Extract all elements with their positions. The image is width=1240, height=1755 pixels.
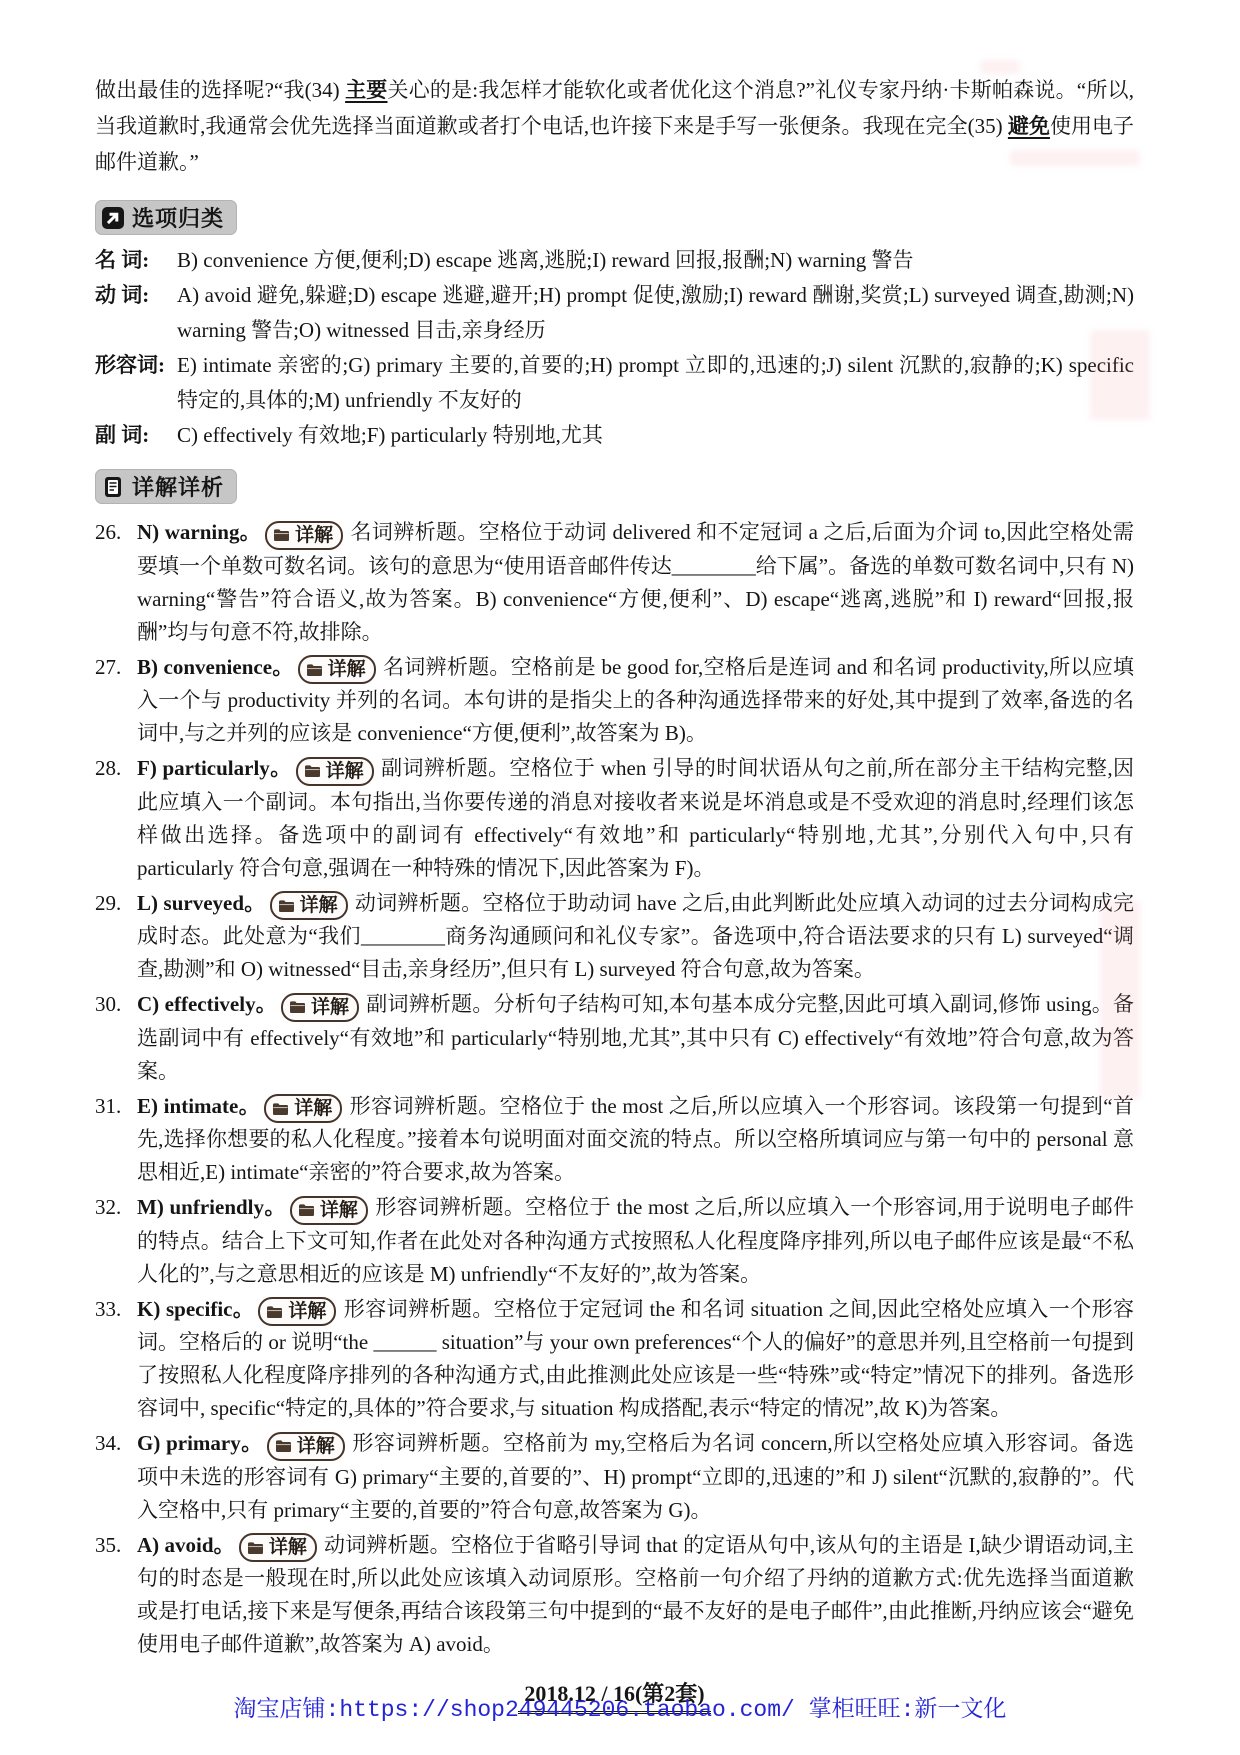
item-number: 29.	[95, 887, 137, 987]
item-answer: N) warning。	[137, 520, 261, 544]
classify-row: 动 词: A) avoid 避免,躲避;D) escape 逃避,避开;H) p…	[95, 278, 1134, 348]
explanation-items: 26. N) warning。详解名词辨析题。空格位于动词 delivered …	[95, 516, 1134, 1661]
scanned-answer-page: 做出最佳的选择呢?“我(34) 主要关心的是:我怎样才能软化或者优化这个消息?”…	[0, 0, 1240, 1714]
explanations-section: 详解详析 26. N) warning。详解名词辨析题。空格位于动词 deliv…	[95, 463, 1134, 1661]
item-number: 33.	[95, 1293, 137, 1426]
intro-text-segment: 做出最佳的选择呢?“我(34)	[95, 78, 345, 102]
jiexi-badge-label: 详解	[288, 1299, 326, 1324]
jiexi-badge: 详解	[265, 521, 343, 550]
explanation-item: 33. K) specific。详解形容词辨析题。空格位于定冠词 the 和名词…	[95, 1293, 1134, 1426]
item-answer: G) primary。	[137, 1431, 263, 1455]
jiexi-badge-label: 详解	[294, 1096, 332, 1121]
item-answer: A) avoid。	[137, 1533, 235, 1557]
jiexi-badge-label: 详解	[311, 995, 349, 1020]
item-body: G) primary。详解形容词辨析题。空格前为 my,空格后为名词 conce…	[137, 1427, 1134, 1527]
explanation-item: 30. C) effectively。详解副词辨析题。分析句子结构可知,本句基本…	[95, 988, 1134, 1088]
options-classify-header: 选项归类	[95, 200, 237, 235]
item-number: 27.	[95, 651, 137, 751]
item-body: M) unfriendly。详解形容词辨析题。空格位于 the most 之后,…	[137, 1191, 1134, 1291]
explanation-item: 27. B) convenience。详解名词辨析题。空格前是 be good …	[95, 651, 1134, 751]
folder-icon	[272, 1102, 289, 1116]
folder-icon	[298, 1203, 315, 1217]
jiexi-badge: 详解	[239, 1533, 317, 1562]
folder-icon	[304, 764, 321, 778]
item-number: 31.	[95, 1090, 137, 1190]
item-number: 30.	[95, 988, 137, 1088]
jiexi-badge: 详解	[270, 891, 348, 920]
part-of-speech-label: 动 词:	[95, 278, 177, 348]
item-body: A) avoid。详解动词辨析题。空格位于省略引导词 that 的定语从句中,该…	[137, 1529, 1134, 1662]
jiexi-badge: 详解	[258, 1297, 336, 1326]
options-classify-title: 选项归类	[132, 202, 224, 233]
item-answer: E) intimate。	[137, 1094, 260, 1118]
arrow-up-right-icon	[101, 206, 125, 230]
jiexi-badge: 详解	[264, 1094, 342, 1123]
item-number: 34.	[95, 1427, 137, 1527]
classify-row: 形容词: E) intimate 亲密的;G) primary 主要的,首要的;…	[95, 348, 1134, 418]
explanations-title: 详解详析	[132, 471, 224, 502]
item-body: L) surveyed。详解动词辨析题。空格位于助动词 have 之后,由此判断…	[137, 887, 1134, 987]
item-body: C) effectively。详解副词辨析题。分析句子结构可知,本句基本成分完整…	[137, 988, 1134, 1088]
classify-options-text: B) convenience 方便,便利;D) escape 逃离,逃脱;I) …	[177, 243, 1134, 278]
item-number: 26.	[95, 516, 137, 649]
item-body: F) particularly。详解副词辨析题。空格位于 when 引导的时间状…	[137, 752, 1134, 885]
taobao-shop-watermark: 淘宝店铺:https://shop249445206.taobao.com/ 掌…	[0, 1690, 1240, 1723]
item-answer: L) surveyed。	[137, 891, 266, 915]
jiexi-badge-label: 详解	[295, 523, 333, 548]
jiexi-badge: 详解	[296, 757, 374, 786]
classify-options-text: C) effectively 有效地;F) particularly 特别地,尤…	[177, 418, 1134, 453]
item-answer: B) convenience。	[137, 655, 294, 679]
answer-word-underlined: 避免	[1008, 114, 1050, 138]
item-explanation-text: 形容词辨析题。空格位于 the most 之后,所以应填入一个形容词,用于说明电…	[137, 1195, 1134, 1286]
jiexi-badge-label: 详解	[269, 1535, 307, 1560]
jiexi-badge-label: 详解	[297, 1434, 335, 1459]
jiexi-badge: 详解	[267, 1432, 345, 1461]
options-classify-section: 选项归类 名 词: B) convenience 方便,便利;D) escape…	[95, 194, 1134, 453]
explanation-item: 34. G) primary。详解形容词辨析题。空格前为 my,空格后为名词 c…	[95, 1427, 1134, 1527]
item-body: B) convenience。详解名词辨析题。空格前是 be good for,…	[137, 651, 1134, 751]
part-of-speech-label: 副 词:	[95, 418, 177, 453]
item-answer: F) particularly。	[137, 756, 292, 780]
jiexi-badge-label: 详解	[326, 759, 364, 784]
item-number: 35.	[95, 1529, 137, 1662]
folder-icon	[273, 528, 290, 542]
explanation-item: 32. M) unfriendly。详解形容词辨析题。空格位于 the most…	[95, 1191, 1134, 1291]
item-number: 32.	[95, 1191, 137, 1291]
explanations-header: 详解详析	[95, 469, 237, 504]
folder-icon	[266, 1305, 283, 1319]
explanation-item: 31. E) intimate。详解形容词辨析题。空格位于 the most 之…	[95, 1090, 1134, 1190]
part-of-speech-label: 形容词:	[95, 348, 177, 418]
folder-icon	[289, 1000, 306, 1014]
part-of-speech-label: 名 词:	[95, 243, 177, 278]
explanation-item: 28. F) particularly。详解副词辨析题。空格位于 when 引导…	[95, 752, 1134, 885]
explanation-item: 26. N) warning。详解名词辨析题。空格位于动词 delivered …	[95, 516, 1134, 649]
item-answer: M) unfriendly。	[137, 1195, 286, 1219]
explanation-item: 35. A) avoid。详解动词辨析题。空格位于省略引导词 that 的定语从…	[95, 1529, 1134, 1662]
notebook-icon	[101, 475, 125, 499]
folder-icon	[275, 1439, 292, 1453]
item-body: K) specific。详解形容词辨析题。空格位于定冠词 the 和名词 sit…	[137, 1293, 1134, 1426]
item-body: N) warning。详解名词辨析题。空格位于动词 delivered 和不定冠…	[137, 516, 1134, 649]
jiexi-badge-label: 详解	[320, 1198, 358, 1223]
classify-row: 副 词: C) effectively 有效地;F) particularly …	[95, 418, 1134, 453]
jiexi-badge-label: 详解	[328, 657, 366, 682]
item-answer: C) effectively。	[137, 992, 277, 1016]
folder-icon	[278, 899, 295, 913]
jiexi-badge: 详解	[290, 1196, 368, 1225]
classify-options-text: A) avoid 避免,躲避;D) escape 逃避,避开;H) prompt…	[177, 278, 1134, 348]
explanation-item: 29. L) surveyed。详解动词辨析题。空格位于助动词 have 之后,…	[95, 887, 1134, 987]
item-number: 28.	[95, 752, 137, 885]
intro-paragraph: 做出最佳的选择呢?“我(34) 主要关心的是:我怎样才能软化或者优化这个消息?”…	[95, 72, 1134, 180]
folder-icon	[306, 663, 323, 677]
folder-icon	[247, 1541, 264, 1555]
classify-options-text: E) intimate 亲密的;G) primary 主要的,首要的;H) pr…	[177, 348, 1134, 418]
options-classify-table: 名 词: B) convenience 方便,便利;D) escape 逃离,逃…	[95, 243, 1134, 453]
item-answer: K) specific。	[137, 1297, 254, 1321]
jiexi-badge: 详解	[298, 655, 376, 684]
jiexi-badge: 详解	[281, 993, 359, 1022]
answer-word-underlined: 主要	[345, 78, 387, 102]
item-body: E) intimate。详解形容词辨析题。空格位于 the most 之后,所以…	[137, 1090, 1134, 1190]
classify-row: 名 词: B) convenience 方便,便利;D) escape 逃离,逃…	[95, 243, 1134, 278]
jiexi-badge-label: 详解	[300, 893, 338, 918]
